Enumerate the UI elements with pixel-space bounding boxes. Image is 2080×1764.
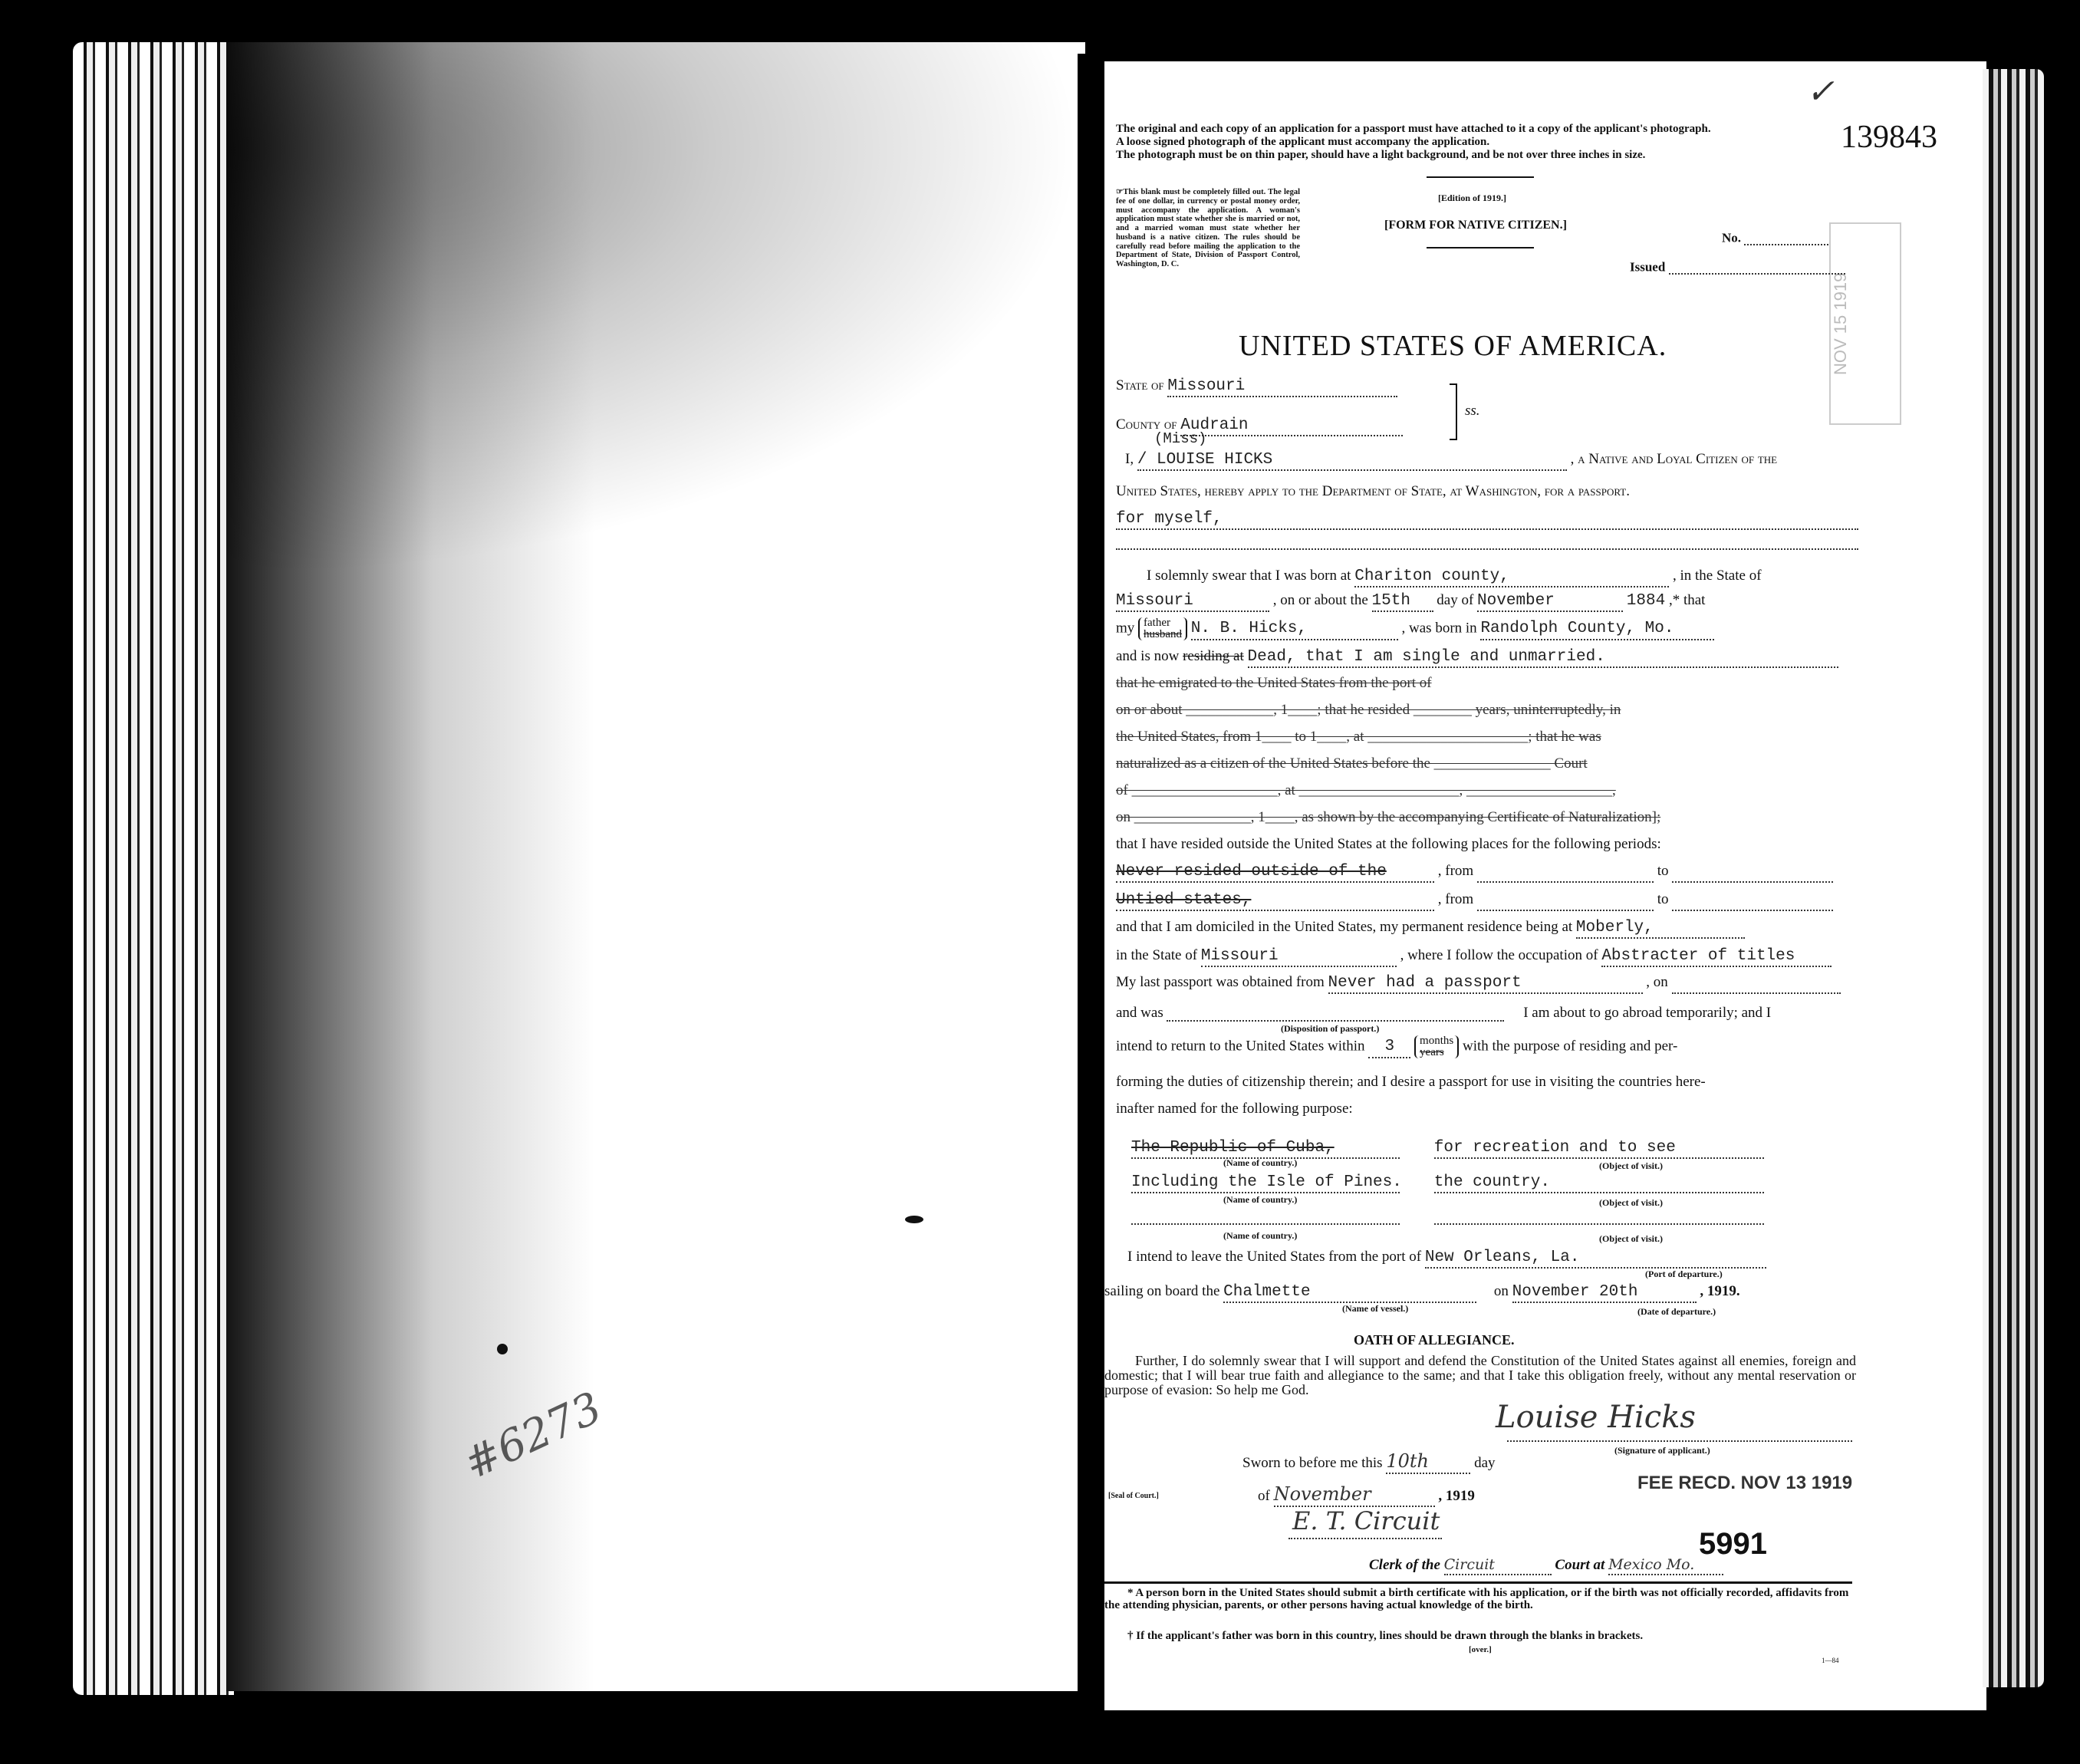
destination-object: the country. — [1434, 1173, 1764, 1193]
father-name: N. B. Hicks, — [1191, 620, 1398, 640]
destination-row-3 — [1131, 1208, 1764, 1225]
applicant-title: (Miss) — [1154, 431, 1206, 448]
left-page-shadow-top — [226, 42, 1085, 579]
instructions-block: ☞This blank must be completely filled ou… — [1116, 188, 1300, 269]
sworn-month-row: of November , 1919 — [1258, 1484, 1475, 1507]
book-page-edges-left — [73, 42, 234, 1695]
departure-port-row: I intend to leave the United States from… — [1127, 1249, 1766, 1269]
father-status: Dead, that I am single and unmarried. — [1248, 648, 1838, 668]
destination-row-1: The Republic of Cuba, for recreation and… — [1131, 1139, 1764, 1159]
unit-bracket: months years — [1414, 1035, 1459, 1058]
father-status-row: and is now residing at Dead, that I am s… — [1116, 648, 1838, 668]
destination-row-2: Including the Isle of Pines. the country… — [1131, 1173, 1764, 1193]
sworn-row: Sworn to before me this 10th day — [1242, 1451, 1496, 1474]
father-birthplace: Randolph County, Mo. — [1480, 620, 1714, 640]
footnote-divider — [1104, 1581, 1852, 1584]
sworn-month: November — [1274, 1484, 1435, 1507]
disposition-row: and was I am about to go abroad temporar… — [1116, 1005, 1771, 1022]
naturalization-line-5: of ____________________, at ____________… — [1116, 782, 1616, 799]
duties-text: forming the duties of citizenship therei… — [1116, 1074, 1706, 1091]
apply-statement: United States, hereby apply to the Depar… — [1116, 483, 1630, 500]
fee-received-stamp: FEE RECD. NOV 13 1919 — [1637, 1473, 1852, 1494]
naturalization-line-1: that he emigrated to the United States f… — [1116, 675, 1432, 692]
applicant-signature: Louise Hicks — [1496, 1400, 1696, 1435]
vessel-row: sailing on board the Chalmette on Novemb… — [1104, 1283, 1740, 1303]
edition-label: [Edition of 1919.] — [1438, 193, 1506, 204]
occupation: Abstracter of titles — [1601, 947, 1832, 967]
father-footnote: † If the applicant's father was born in … — [1127, 1630, 1643, 1643]
vessel-name: Chalmette — [1223, 1283, 1476, 1303]
blank-line — [1116, 548, 1858, 550]
photo-notice-line-2: A loose signed photograph of the applica… — [1116, 136, 1489, 149]
issued-field — [1669, 259, 1845, 275]
birth-place: Chariton county, — [1354, 568, 1669, 587]
clerk-signature: E. T. Circuit — [1292, 1507, 1440, 1535]
residence-row-1: Never resided outside of the , from to — [1116, 863, 1833, 883]
departure-date: November 20th — [1512, 1283, 1697, 1303]
birth-day: 15th — [1372, 592, 1433, 612]
seal-of-court: [Seal of Court.] — [1108, 1492, 1159, 1501]
naturalization-line-3: the United States, from 1____ to 1____, … — [1116, 729, 1601, 745]
form-code: 1—84 — [1822, 1657, 1839, 1664]
bracket — [1450, 383, 1457, 440]
state-of-value: Missouri — [1167, 377, 1397, 397]
naturalization-line-6: on ________________, 1____, as shown by … — [1116, 809, 1660, 826]
return-value: 3 — [1368, 1038, 1410, 1058]
over-label: [over.] — [1469, 1645, 1492, 1655]
rule — [1427, 176, 1534, 178]
oath-text: Further, I do solemnly swear that I will… — [1104, 1354, 1856, 1397]
check-mark: ✓ — [1806, 73, 1835, 112]
named-text: inafter named for the following purpose: — [1116, 1101, 1353, 1117]
photo-notice-line-3: The photograph must be on thin paper, sh… — [1116, 149, 1645, 162]
disposition-caption: (Disposition of passport.) — [1281, 1024, 1379, 1035]
for-whom-value: for myself, — [1116, 510, 1858, 530]
signature-line — [1507, 1440, 1852, 1442]
birth-state: Missouri — [1116, 592, 1269, 612]
fee-number: 5991 — [1699, 1526, 1767, 1562]
disposition-field — [1167, 1006, 1504, 1022]
last-passport-value: Never had a passport — [1328, 974, 1643, 994]
document-title: UNITED STATES OF AMERICA. — [1239, 330, 1667, 364]
departure-port: New Orleans, La. — [1425, 1249, 1766, 1269]
ink-mark — [905, 1216, 923, 1223]
naturalization-line-4: naturalized as a citizen of the United S… — [1116, 755, 1588, 772]
no-field — [1744, 230, 1828, 245]
sworn-day: 10th — [1386, 1451, 1470, 1474]
domicile-city: Moberly, — [1576, 919, 1745, 939]
birth-place-row: I solemnly swear that I was born at Char… — [1147, 568, 1762, 587]
oath-heading: OATH OF ALLEGIANCE. — [1354, 1332, 1515, 1348]
rule — [1427, 247, 1534, 248]
naturalization-line-2: on or about ____________, 1____; that he… — [1116, 702, 1621, 719]
issued-label: Issued — [1630, 259, 1845, 275]
residence-row-2: Untied states, , from to — [1116, 891, 1833, 911]
father-row: my father husband N. B. Hicks, , was bor… — [1116, 617, 1714, 640]
birth-year: 1884 — [1627, 592, 1665, 610]
for-whom-row: for myself, — [1116, 510, 1858, 530]
ss-label: ss. — [1465, 403, 1480, 420]
occupation-row: in the State of Missouri , where I follo… — [1116, 947, 1832, 967]
domicile-row: and that I am domiciled in the United St… — [1116, 919, 1745, 939]
domicile-state: Missouri — [1201, 947, 1397, 967]
passport-application-form: ✓ The original and each copy of an appli… — [1116, 77, 1975, 1687]
clerk-row: Clerk of the Circuit Court at Mexico Mo. — [1369, 1557, 1723, 1575]
residence-abroad-intro: that I have resided outside the United S… — [1116, 836, 1661, 853]
ink-dot — [497, 1344, 508, 1354]
birth-footnote: * A person born in the United States sho… — [1104, 1588, 1856, 1612]
form-type-label: [FORM FOR NATIVE CITIZEN.] — [1384, 219, 1567, 232]
applicant-name-row: I, / LOUISE HICKS , a Native and Loyal C… — [1125, 451, 1777, 471]
state-of-row: State of Missouri — [1116, 377, 1397, 397]
relation-bracket: father husband — [1138, 617, 1187, 640]
birth-date-row: Missouri , on or about the 15th day of N… — [1116, 592, 1705, 612]
no-label: No. — [1722, 230, 1828, 245]
application-number: 139843 — [1841, 119, 1937, 156]
birth-month: November — [1477, 592, 1623, 612]
destination-country: The Republic of Cuba, — [1131, 1139, 1400, 1159]
book-page-edges-right — [1983, 69, 2044, 1687]
county-of-value: Audrain — [1180, 416, 1403, 436]
applicant-name: / LOUISE HICKS — [1137, 451, 1567, 471]
last-passport-row: My last passport was obtained from Never… — [1116, 974, 1841, 994]
clerk-signature-line — [1288, 1538, 1442, 1539]
destination-country: Including the Isle of Pines. — [1131, 1173, 1400, 1193]
return-row: intend to return to the United States wi… — [1116, 1035, 1677, 1058]
photo-notice-line-1: The original and each copy of an applica… — [1116, 123, 1711, 136]
destination-object: for recreation and to see — [1434, 1139, 1764, 1159]
court-name: Circuit — [1444, 1557, 1552, 1575]
